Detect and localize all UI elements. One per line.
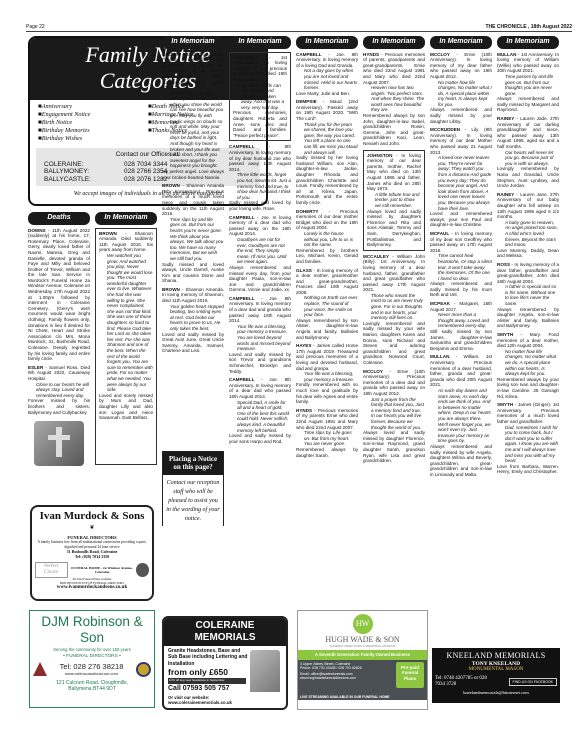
category-item: Engagement Notice xyxy=(38,111,148,119)
notice-entry: HAYES - James called Home 17th August 20… xyxy=(296,343,358,405)
bible-cross-icon xyxy=(34,421,84,466)
notice-entry: DOHERTY - Precious memories of our dear … xyxy=(296,209,358,265)
memoriam-heading: In Memoriam xyxy=(497,36,559,49)
paper-masthead: THE CHRONICLE , 18th August 2022 xyxy=(486,24,573,31)
notice-entry: MCCLOY - Ernie (10th Anniversary). Preci… xyxy=(363,369,425,464)
memoriam-heading: In Memoriam xyxy=(296,36,358,49)
notice-entry: BROWN - Shannon Amanda. Died suddenly 11… xyxy=(99,231,153,421)
category-item: Anniversary xyxy=(38,103,148,111)
memoriam-heading: In Memoriam xyxy=(162,36,224,49)
contact-offices: Contact our Offices at: COLERAINE:028 70… xyxy=(36,148,260,186)
ornament-icon: ❦ xyxy=(35,525,149,532)
category-item: Birth Notice xyxy=(38,119,148,127)
notice-entry: ROSS - In loving memory of a dear father… xyxy=(497,262,559,329)
notice-entry: MCCAULEY - William John (Billy). 1st Ann… xyxy=(363,254,425,366)
notice-entry: MCFAUL - In loving memory of my dear son… xyxy=(430,231,492,298)
notice-entry: DOWNS - 11th August 2022 (suddenly) at h… xyxy=(28,228,90,362)
djm-robinson-ad: DJM Robinson & Son Serving the community… xyxy=(29,610,155,708)
category-item: Birthday Wishes xyxy=(38,135,148,143)
murdock-website[interactable]: www.ivanmurdockandsons.co.uk xyxy=(35,585,149,591)
deaths-heading: Deaths xyxy=(28,212,90,225)
notice-entry: BROWN - Shannon Amanda. Precious memorie… xyxy=(162,52,224,181)
notice-entry: MCCLOY - Ernie (10th Anniversary). In lo… xyxy=(430,52,492,125)
notice-entry: RAINEY - Lauren Jane. 27th Anniversary o… xyxy=(497,192,559,259)
memoriam-column-2: In Memoriam BROWN - Shannon Amanda. Prec… xyxy=(162,36,224,526)
kneeland-email[interactable]: kneelandmemorials@btinternet.com xyxy=(435,690,557,695)
notice-entry: CAMPBELL - 8th Anniversary. In loving me… xyxy=(229,144,291,211)
page-header: Page 22 THE CHRONICLE , 18th August 2022 xyxy=(26,24,572,32)
memoriam-column-1: In Memoriam BROWN - Shannon Amanda. Died… xyxy=(95,212,157,468)
memoriam-heading: In Memoriam xyxy=(430,36,492,49)
notice-entry: GLASS - In loving memory of a dear mothe… xyxy=(296,268,358,341)
notice-entry: RAINEY - Lauren Jade. 27th Anniversary o… xyxy=(497,116,559,189)
memoriam-column-7: In Memoriam MULLAN - 1st Anniversary. In… xyxy=(497,36,559,646)
memoriam-column-6: In Memoriam MCCLOY - Ernie (10th Anniver… xyxy=(430,36,492,646)
headstone-icon xyxy=(250,650,280,692)
warning-triangle-icon xyxy=(33,662,47,676)
notice-entry: BROWN - Shannon Amanda. In loving memory… xyxy=(162,287,224,354)
memoriam-column-3: In Memoriam CALDWELL - 1st Anniversary. … xyxy=(229,36,291,526)
deaths-column: Deaths DOWNS - 11th August 2022 (suddenl… xyxy=(28,212,90,466)
notice-entry: SMYTH - James (Ginger). 1st Anniversary.… xyxy=(497,402,559,475)
notice-entry: DEMPSIE - Maud. (2nd Anniversary). Passe… xyxy=(296,99,358,205)
hw-logo-icon: HW xyxy=(353,614,373,634)
category-item: Birthday Memories xyxy=(38,127,148,135)
memoriam-column-4: In Memoriam CAMPBELL - Joe. 8th Annivers… xyxy=(296,36,358,536)
notice-entry: ESLER - Samuel Ross. Died 9th August 202… xyxy=(28,365,90,415)
facebook-button[interactable]: FIND US ON FACEBOOK xyxy=(509,678,557,686)
memoriam-heading: In Memoriam xyxy=(363,36,425,49)
notice-entry: SMYTH - Mary. Fond memories of a dear mo… xyxy=(497,332,559,399)
page-number: Page 22 xyxy=(26,24,45,31)
crest-icon xyxy=(136,563,149,577)
notice-entry: MULLAN - 1st Anniversary. In loving memo… xyxy=(497,52,559,114)
crest-icon xyxy=(136,662,151,677)
kneeland-memorials-ad: KNEELAND MEMORIALS TONY KNEELAND MONUMEN… xyxy=(432,648,560,703)
notice-entry: MCPEAK - Margaret, 16th August 2017.Neve… xyxy=(430,301,492,351)
notice-entry: MCCRUDDEN - Lily. (9th Anniversary). In … xyxy=(430,127,492,228)
notice-entry: MULLAN - William. 1st Anniversary. Preci… xyxy=(430,354,492,477)
notice-entry: CALDWELL - 1st Anniversary. In loving me… xyxy=(229,52,291,142)
notice-entry: HYNDS - Precious memories of my parents … xyxy=(296,408,358,458)
notice-entry: CAMPBELL - Joe. 8th Anniversary. In lovi… xyxy=(229,377,291,444)
memoriam-heading: In Memoriam xyxy=(95,212,157,225)
notice-entry: BROWN - Shannon Amanda (6th Anniversary)… xyxy=(162,183,224,284)
ivan-murdock-ad: Ivan Murdock & Sons ❦ FUNERAL DIRECTORS … xyxy=(30,505,154,601)
hugh-wade-ad: HW HUGH WADE & SON FUNERAL DIRECTORS & M… xyxy=(297,610,428,710)
notice-entry: JOHNSTON - In loving memory of our dear … xyxy=(363,150,425,251)
memoriam-heading: In Memoriam xyxy=(229,36,291,49)
coleraine-website[interactable]: www.colerainememorials.co.uk xyxy=(168,700,282,705)
placing-notice-box: Placing a Notice on this page? Contact o… xyxy=(162,451,224,526)
notice-entry: CAMPBELL - Joe. 8th Anniversary. In lovi… xyxy=(296,52,358,97)
memoriam-column-5: In Memoriam HYNDS - Precious memories of… xyxy=(363,36,425,536)
notice-entry: CAMPBELL - Joe. 8th Anniversary. In lovi… xyxy=(229,296,291,374)
coleraine-memorials-ad: COLERAINE MEMORIALS Granite Headstones, … xyxy=(162,616,288,710)
notice-entry: CAMPBELL - Joe. In loving memory of a de… xyxy=(229,215,291,293)
notice-entry: HYNDS - Precious memories of parents, gr… xyxy=(363,52,425,147)
